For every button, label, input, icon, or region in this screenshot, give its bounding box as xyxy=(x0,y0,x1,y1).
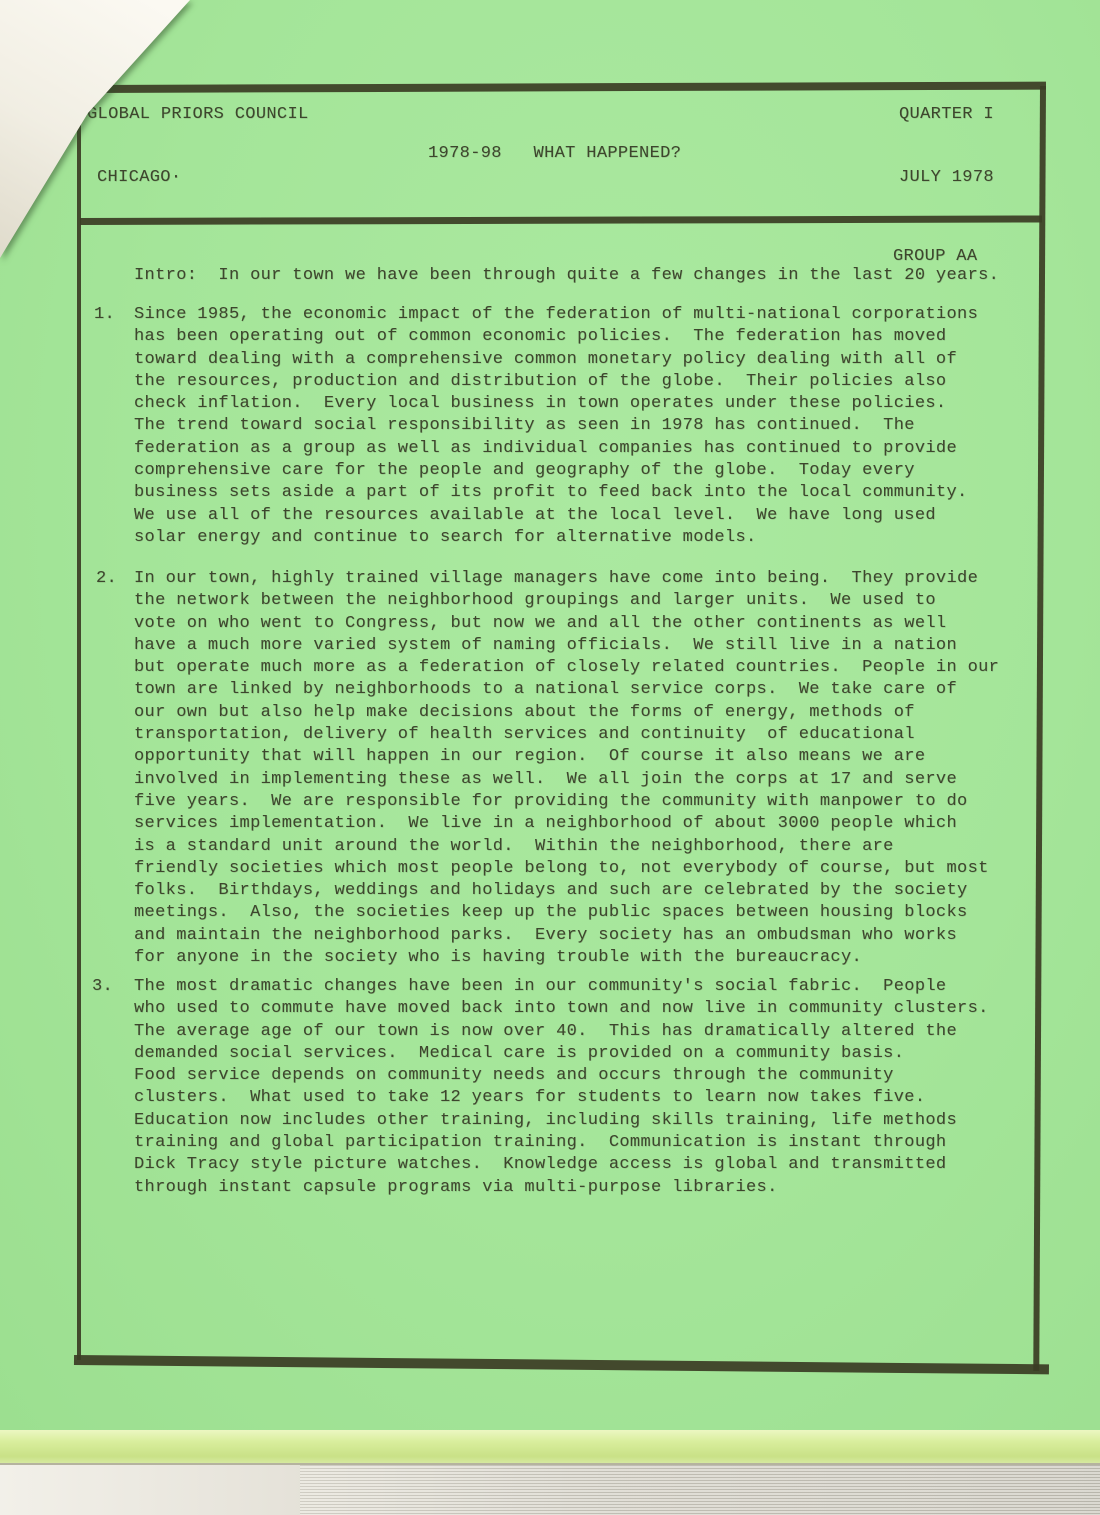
folded-corner-paper xyxy=(0,0,220,280)
folded-corner xyxy=(0,0,220,280)
header-quarter: QUARTER I xyxy=(899,104,994,126)
paragraph-3-number: 3. xyxy=(92,976,113,998)
paragraph-3-text: The most dramatic changes have been in o… xyxy=(134,976,989,1199)
scanned-page: GLOBAL PRIORS COUNCIL QUARTER I 1978-98 … xyxy=(0,0,1100,1515)
frame-top-border xyxy=(79,82,1046,93)
paragraph-1-number: 1. xyxy=(94,304,115,326)
header-date: JULY 1978 xyxy=(899,167,994,189)
page-stack-lines xyxy=(300,1465,1100,1515)
frame-bottom-border xyxy=(74,1355,1049,1374)
frame-right-border xyxy=(1033,86,1046,1371)
paragraph-1-text: Since 1985, the economic impact of the f… xyxy=(134,304,978,549)
header-divider-line xyxy=(80,215,1042,225)
paragraph-2-text: In our town, highly trained village mana… xyxy=(134,568,999,969)
intro-line: Intro: In our town we have been through … xyxy=(134,265,999,287)
page-stack-edge xyxy=(0,1463,1100,1515)
header-title: 1978-98 WHAT HAPPENED? xyxy=(428,143,681,165)
paragraph-2-number: 2. xyxy=(96,568,117,590)
page-stack-edge-green xyxy=(0,1430,1100,1463)
